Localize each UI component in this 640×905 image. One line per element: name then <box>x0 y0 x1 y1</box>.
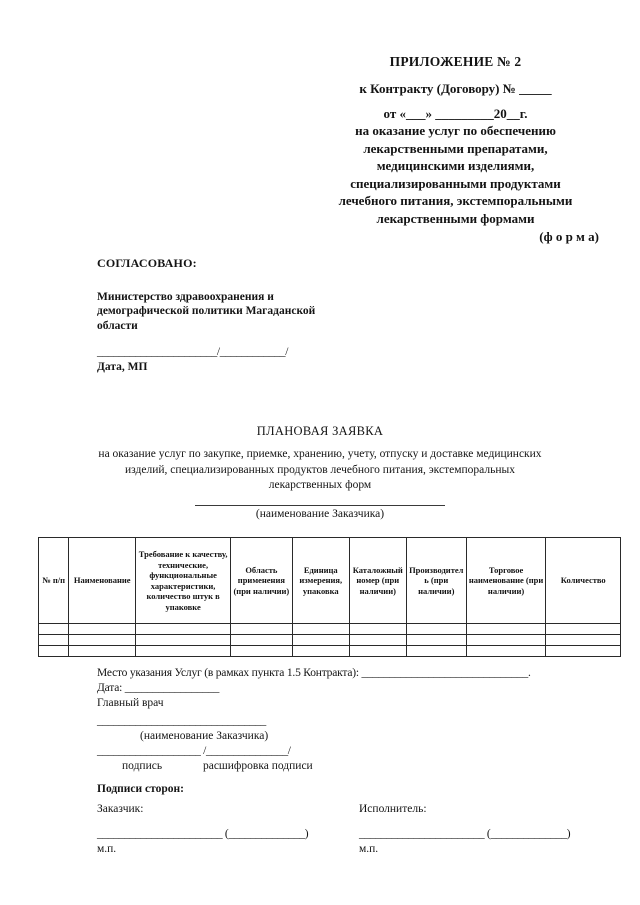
col-header-catalog-number: Каталожный номер (при наличии) <box>349 538 406 624</box>
signatures-title: Подписи сторон: <box>97 782 607 797</box>
request-description-line: лекарственных форм <box>40 478 600 494</box>
planned-request-section: ПЛАНОВАЯ ЗАЯВКА на оказание услуг по зак… <box>40 424 600 522</box>
signature-captions-row: подпись расшифровка подписи <box>97 759 607 774</box>
empty-cell <box>39 646 69 657</box>
empty-cell <box>39 635 69 646</box>
empty-cell <box>231 624 293 635</box>
ministry-name-line: области <box>97 319 357 334</box>
items-table: № п/п Наименование Требование к качеству… <box>38 537 621 657</box>
empty-cell <box>349 646 406 657</box>
col-header-quantity: Количество <box>546 538 621 624</box>
empty-cell <box>406 624 466 635</box>
signature-decode-caption: расшифровка подписи <box>203 759 313 774</box>
date-stamp-label: Дата, МП <box>97 360 357 375</box>
table-row <box>39 635 621 646</box>
col-header-application-area: Область применения (при наличии) <box>231 538 293 624</box>
table-row <box>39 624 621 635</box>
forma-note: (ф о р м а) <box>298 228 613 246</box>
table-header-row: № п/п Наименование Требование к качеству… <box>39 538 621 624</box>
signature-blank-line: ___________________ /_______________/ <box>97 744 607 759</box>
empty-cell <box>546 624 621 635</box>
approval-signature-line: ______________________/____________/ <box>97 345 357 360</box>
purpose-line: медицинскими изделиями, <box>298 157 613 175</box>
empty-cell <box>466 635 546 646</box>
table-row <box>39 646 621 657</box>
parties-signatures-row: Заказчик: _______________________ (_____… <box>97 802 607 856</box>
empty-cell <box>136 635 231 646</box>
executor-stamp-label: м.п. <box>359 842 607 856</box>
empty-cell <box>69 646 136 657</box>
empty-cell <box>231 646 293 657</box>
contract-date-line: от «___» _________20__г. <box>298 105 613 123</box>
purpose-line: лекарственными препаратами, <box>298 140 613 158</box>
request-table: № п/п Наименование Требование к качеству… <box>38 537 621 657</box>
customer-name-blank-line <box>195 494 445 506</box>
empty-cell <box>406 646 466 657</box>
empty-cell <box>349 635 406 646</box>
col-header-requirements: Требование к качеству, технические, функ… <box>136 538 231 624</box>
customer-name-caption: (наименование Заказчика) <box>40 507 600 523</box>
empty-cell <box>546 646 621 657</box>
customer-signature-line: _______________________ (______________) <box>97 827 359 842</box>
customer-name-blank-line: _______________________________ <box>97 714 607 729</box>
empty-cell <box>69 635 136 646</box>
customer-name-caption: (наименование Заказчика) <box>97 729 607 744</box>
footer-section: Место указания Услуг (в рамках пункта 1.… <box>97 666 607 856</box>
purpose-line: лекарственными формами <box>298 210 613 228</box>
approved-label: СОГЛАСОВАНО: <box>97 256 357 271</box>
request-title: ПЛАНОВАЯ ЗАЯВКА <box>40 424 600 439</box>
empty-cell <box>69 624 136 635</box>
customer-signature-column: Заказчик: _______________________ (_____… <box>97 802 359 856</box>
empty-cell <box>136 646 231 657</box>
approval-section: СОГЛАСОВАНО: Министерство здравоохранени… <box>97 256 357 375</box>
empty-cell <box>292 635 349 646</box>
ministry-name-line: демографической политики Магаданской <box>97 304 357 319</box>
appendix-title: ПРИЛОЖЕНИЕ № 2 <box>298 54 613 70</box>
col-header-trade-name: Торговое наименование (при наличии) <box>466 538 546 624</box>
empty-cell <box>349 624 406 635</box>
purpose-line: специализированными продуктами <box>298 175 613 193</box>
empty-cell <box>136 624 231 635</box>
signature-caption: подпись <box>122 759 162 774</box>
service-place-line: Место указания Услуг (в рамках пункта 1.… <box>97 666 607 681</box>
appendix-header: ПРИЛОЖЕНИЕ № 2 к Контракту (Договору) № … <box>298 54 613 246</box>
document-page: ПРИЛОЖЕНИЕ № 2 к Контракту (Договору) № … <box>0 0 640 905</box>
empty-cell <box>292 624 349 635</box>
empty-cell <box>546 635 621 646</box>
date-blank-line: Дата: _________________ <box>97 681 607 696</box>
contract-number-line: к Контракту (Договору) № _____ <box>298 80 613 98</box>
purpose-line: лечебного питания, экстемпоральными <box>298 192 613 210</box>
customer-label: Заказчик: <box>97 802 359 817</box>
col-header-number: № п/п <box>39 538 69 624</box>
empty-cell <box>39 624 69 635</box>
empty-cell <box>231 635 293 646</box>
empty-cell <box>292 646 349 657</box>
col-header-name: Наименование <box>69 538 136 624</box>
empty-cell <box>466 624 546 635</box>
customer-stamp-label: м.п. <box>97 842 359 856</box>
chief-doctor-label: Главный врач <box>97 696 607 711</box>
executor-signature-line: _______________________ (______________) <box>359 827 607 842</box>
empty-cell <box>466 646 546 657</box>
executor-signature-column: Исполнитель: _______________________ (__… <box>359 802 607 856</box>
request-description-line: на оказание услуг по закупке, приемке, х… <box>40 447 600 463</box>
purpose-line: на оказание услуг по обеспечению <box>298 122 613 140</box>
col-header-manufacturer: Производитель (при наличии) <box>406 538 466 624</box>
executor-label: Исполнитель: <box>359 802 607 817</box>
col-header-unit: Единица измерения, упаковка <box>292 538 349 624</box>
request-description-line: изделий, специализированных продуктов ле… <box>40 463 600 479</box>
ministry-name-line: Министерство здравоохранения и <box>97 290 357 305</box>
empty-cell <box>406 635 466 646</box>
